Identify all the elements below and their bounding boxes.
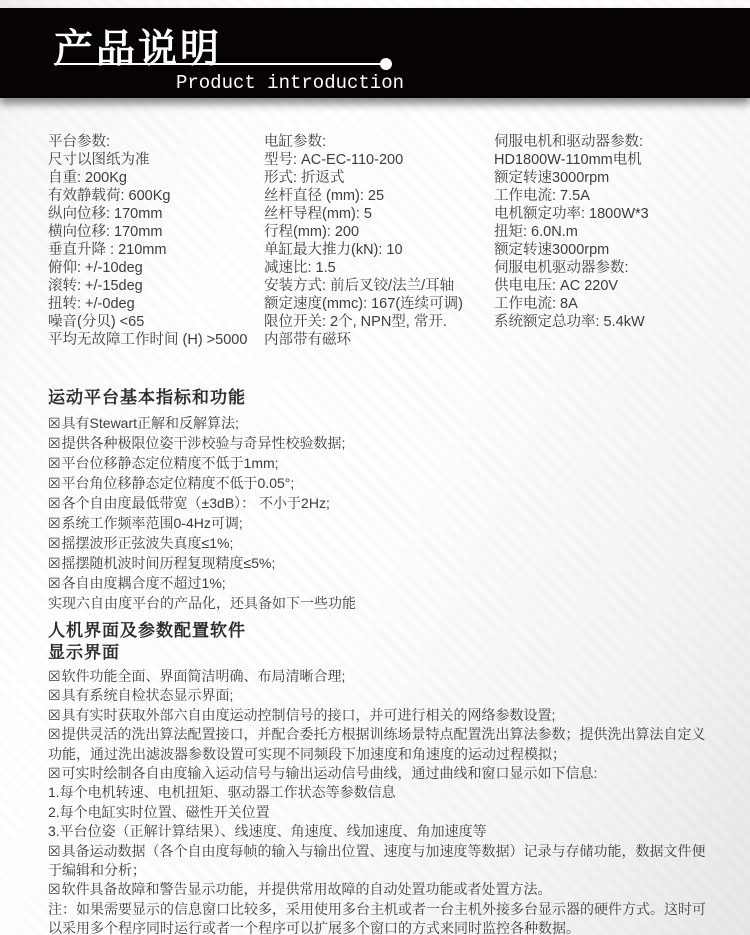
feature-text: 具有Stewart正解和反解算法;	[62, 415, 239, 431]
feature-text: 各自由度耦合度不超过1%;	[62, 575, 226, 591]
checkbox-x-icon: ☒	[48, 415, 61, 431]
feature-item: ☒具有Stewart正解和反解算法;	[48, 413, 718, 433]
feature-item: ☒具有系统自检状态显示界面;	[48, 686, 716, 705]
feature-item: ☒各个自由度最低带宽（±3dB）： 不小于2Hz;	[48, 493, 718, 513]
checkbox-x-icon: ☒	[48, 455, 61, 471]
feature-item: ☒摇摆波形正弦波失真度≤1%;	[48, 533, 718, 553]
checkbox-x-icon: ☒	[48, 707, 61, 723]
feature-text: 提供灵活的洗出算法配置接口，并配合委托方根据训练场景特点配置洗出算法参数；提供洗…	[48, 726, 706, 761]
spec-line: 丝杆直径 (mm): 25	[264, 187, 463, 205]
spec-line: 型号: AC-EC-110-200	[264, 151, 463, 169]
spec-line: 垂直升降 : 210mm	[48, 241, 247, 259]
feature-item: ☒具有实时获取外部六自由度运动控制信号的接口，并可进行相关的网络参数设置;	[48, 706, 716, 725]
spec-line: 工作电流: 7.5A	[494, 187, 649, 205]
checkbox-x-icon: ☒	[48, 881, 61, 897]
spec-line: 噪音(分贝) <65	[48, 313, 247, 331]
spec-line: 供电电压: AC 220V	[494, 277, 649, 295]
spec-line: 内部带有磁环	[264, 331, 463, 349]
spec-line: 纵向位移: 170mm	[48, 205, 247, 223]
spec-line: 单缸最大推力(kN): 10	[264, 241, 463, 259]
feature-text: 1.每个电机转速、电机扭矩、驱动器工作状态等参数信息	[48, 784, 396, 800]
feature-item: ☒具备运动数据（各个自由度每帧的输入与输出位置、速度与加速度等数据）记录与存储功…	[48, 842, 716, 881]
spec-line: 形式: 折返式	[264, 169, 463, 187]
feature-text: 2.每个电缸实时位置、磁性开关位置	[48, 804, 270, 820]
spec-line: 减速比: 1.5	[264, 259, 463, 277]
product-description-page: 产品说明 Product introduction 平台参数:尺寸以图纸为准自重…	[0, 0, 750, 935]
checkbox-x-icon: ☒	[48, 726, 61, 742]
checkbox-x-icon: ☒	[48, 495, 61, 511]
feature-text: 注：如果需要显示的信息窗口比较多，采用使用多台主机或者一台主机外接多台显示器的硬…	[48, 901, 706, 935]
checkbox-x-icon: ☒	[48, 435, 61, 451]
spec-line: 工作电流: 8A	[494, 295, 649, 313]
spec-line: 丝杆导程(mm): 5	[264, 205, 463, 223]
spec-line: 平均无故障工作时间 (H) >5000	[48, 331, 247, 349]
spec-line: 额定速度(mmc): 167(连续可调)	[264, 295, 463, 313]
feature-item: 2.每个电缸实时位置、磁性开关位置	[48, 803, 716, 822]
spec-line: 安装方式: 前后叉铰/法兰/耳轴	[264, 277, 463, 295]
title-underline	[54, 63, 386, 65]
feature-item: 实现六自由度平台的产品化，还具备如下一些功能	[48, 593, 718, 613]
spec-line: 行程(mm): 200	[264, 223, 463, 241]
feature-text: 系统工作频率范围0-4Hz可调;	[62, 515, 243, 531]
feature-text: 平台角位移静态定位精度不低于0.05°;	[62, 475, 295, 491]
spec-line: 电缸参数:	[264, 133, 463, 151]
page-title: 产品说明	[54, 18, 222, 74]
feature-text: 实现六自由度平台的产品化，还具备如下一些功能	[48, 595, 356, 611]
feature-text: 可实时绘制各自由度输入运动信号与输出运动信号曲线，通过曲线和窗口显示如下信息:	[62, 765, 598, 781]
feature-text: 软件具备故障和警告显示功能，并提供常用故障的自动处置功能或者处置方法。	[62, 881, 552, 897]
feature-text: 具有系统自检状态显示界面;	[62, 687, 234, 703]
checkbox-x-icon: ☒	[48, 555, 61, 571]
header-banner: 产品说明 Product introduction	[0, 8, 750, 98]
underline-end-dot-icon	[380, 58, 392, 70]
feature-item: 注：如果需要显示的信息窗口比较多，采用使用多台主机或者一台主机外接多台显示器的硬…	[48, 900, 716, 935]
spec-line: HD1800W-110mm电机	[494, 151, 649, 169]
feature-item: ☒各自由度耦合度不超过1%;	[48, 573, 718, 593]
spec-column-platform: 平台参数:尺寸以图纸为准自重: 200Kg有效静载荷: 600Kg纵向位移: 1…	[48, 133, 247, 349]
spec-line: 限位开关: 2个, NPN型, 常开.	[264, 313, 463, 331]
checkbox-x-icon: ☒	[48, 475, 61, 491]
spec-line: 额定转速3000rpm	[494, 169, 649, 187]
checkbox-x-icon: ☒	[48, 668, 61, 684]
feature-item: ☒提供灵活的洗出算法配置接口，并配合委托方根据训练场景特点配置洗出算法参数；提供…	[48, 725, 716, 764]
section-motion-platform: 运动平台基本指标和功能 ☒具有Stewart正解和反解算法;☒提供各种极限位姿干…	[48, 387, 718, 613]
feature-item: ☒系统工作频率范围0-4Hz可调;	[48, 513, 718, 533]
spec-line: 横向位移: 170mm	[48, 223, 247, 241]
page-subtitle: Product introduction	[120, 72, 460, 94]
section-hmi-software: 人机界面及参数配置软件 显示界面 ☒软件功能全面、界面简洁明确、布局清晰合理;☒…	[48, 620, 716, 935]
feature-item: ☒平台角位移静态定位精度不低于0.05°;	[48, 473, 718, 493]
spec-line: 平台参数:	[48, 133, 247, 151]
feature-text: 提供各种极限位姿干涉校验与奇异性校验数据;	[62, 435, 346, 451]
spec-line: 扭矩: 6.0N.m	[494, 223, 649, 241]
feature-text: 摇摆波形正弦波失真度≤1%;	[62, 535, 234, 551]
feature-list: ☒具有Stewart正解和反解算法;☒提供各种极限位姿干涉校验与奇异性校验数据;…	[48, 413, 718, 613]
feature-item: ☒提供各种极限位姿干涉校验与奇异性校验数据;	[48, 433, 718, 453]
checkbox-x-icon: ☒	[48, 535, 61, 551]
feature-item: 1.每个电机转速、电机扭矩、驱动器工作状态等参数信息	[48, 783, 716, 802]
spec-line: 电机额定功率: 1800W*3	[494, 205, 649, 223]
feature-item: 3.平台位姿（正解计算结果）、线速度、角速度、线加速度、角加速度等	[48, 822, 716, 841]
feature-text: 3.平台位姿（正解计算结果）、线速度、角速度、线加速度、角加速度等	[48, 823, 487, 839]
spec-column-servo: 伺服电机和驱动器参数:HD1800W-110mm电机额定转速3000rpm工作电…	[494, 133, 649, 331]
checkbox-x-icon: ☒	[48, 843, 61, 859]
checkbox-x-icon: ☒	[48, 515, 61, 531]
spec-line: 扭转: +/-0deg	[48, 295, 247, 313]
feature-item: ☒软件具备故障和警告显示功能，并提供常用故障的自动处置功能或者处置方法。	[48, 880, 716, 899]
feature-text: 各个自由度最低带宽（±3dB）： 不小于2Hz;	[62, 495, 330, 511]
spec-line: 滚转: +/-15deg	[48, 277, 247, 295]
feature-text: 摇摆随机波时间历程复现精度≤5%;	[62, 555, 276, 571]
feature-list: ☒软件功能全面、界面简洁明确、布局清晰合理;☒具有系统自检状态显示界面;☒具有实…	[48, 667, 716, 935]
section-title: 运动平台基本指标和功能	[48, 387, 718, 409]
spec-line: 俯仰: +/-10deg	[48, 259, 247, 277]
spec-line: 自重: 200Kg	[48, 169, 247, 187]
feature-item: ☒软件功能全面、界面简洁明确、布局清晰合理;	[48, 667, 716, 686]
feature-text: 平台位移静态定位精度不低于1mm;	[62, 455, 279, 471]
feature-text: 具备运动数据（各个自由度每帧的输入与输出位置、速度与加速度等数据）记录与存储功能…	[48, 843, 706, 878]
spec-line: 额定转速3000rpm	[494, 241, 649, 259]
feature-text: 软件功能全面、界面简洁明确、布局清晰合理;	[62, 668, 346, 684]
spec-line: 系统额定总功率: 5.4kW	[494, 313, 649, 331]
section-title: 人机界面及参数配置软件	[48, 620, 716, 642]
section-subtitle: 显示界面	[48, 642, 716, 664]
spec-line: 伺服电机驱动器参数:	[494, 259, 649, 277]
feature-item: ☒可实时绘制各自由度输入运动信号与输出运动信号曲线，通过曲线和窗口显示如下信息:	[48, 764, 716, 783]
feature-text: 具有实时获取外部六自由度运动控制信号的接口，并可进行相关的网络参数设置;	[62, 707, 556, 723]
spec-line: 有效静载荷: 600Kg	[48, 187, 247, 205]
checkbox-x-icon: ☒	[48, 575, 61, 591]
spec-line: 尺寸以图纸为准	[48, 151, 247, 169]
feature-item: ☒平台位移静态定位精度不低于1mm;	[48, 453, 718, 473]
feature-item: ☒摇摆随机波时间历程复现精度≤5%;	[48, 553, 718, 573]
checkbox-x-icon: ☒	[48, 687, 61, 703]
checkbox-x-icon: ☒	[48, 765, 61, 781]
spec-column-cylinder: 电缸参数:型号: AC-EC-110-200形式: 折返式丝杆直径 (mm): …	[264, 133, 463, 349]
spec-line: 伺服电机和驱动器参数:	[494, 133, 649, 151]
